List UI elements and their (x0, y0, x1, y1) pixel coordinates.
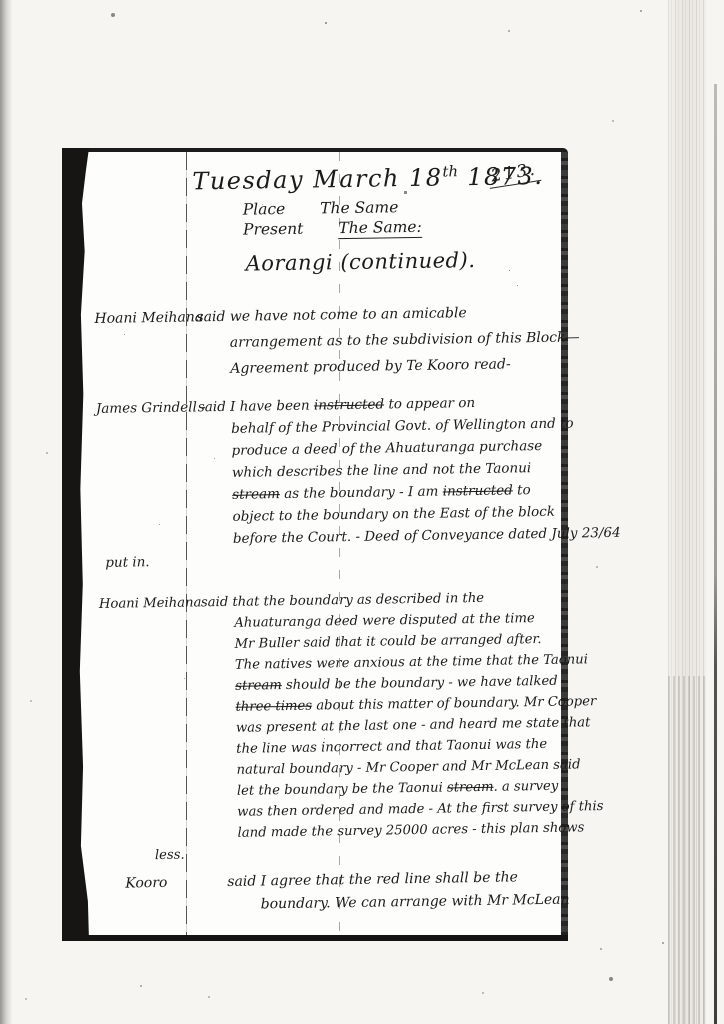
place-value: The Same (320, 198, 398, 217)
transcript-line: boundary. We can arrange with Mr McLean (228, 889, 570, 917)
heading-place-line: Place The Same (243, 196, 559, 219)
speech-lines: said I agree that the red line shall be … (227, 866, 570, 917)
case-title: Aorangi (continued). (245, 247, 559, 276)
speech-lines: said we have not come to an amicablearra… (196, 298, 580, 382)
scan-speckles (0, 0, 2, 2)
transcript-line: Agreement produced by Te Kooro read- (197, 350, 580, 382)
speech-lines: said I have been instructed to appear on… (198, 390, 621, 573)
transcript-entry: Hoani Meihana said that the boundary as … (99, 587, 569, 867)
transcript-entry: Kooro said I agree that the red line sha… (103, 866, 570, 919)
binding-strip (62, 148, 89, 941)
session-heading: Tuesday March 18th 1873. Place The Same … (92, 161, 560, 278)
transcript-entry: Hoani Meihana said we have not come to a… (94, 299, 561, 384)
speaker-name: Hoani Meihana (99, 592, 201, 615)
speech-lines: said that the boundary as described in t… (201, 586, 604, 865)
book-spine-line (714, 84, 717, 1024)
speaker-name: Hoani Meihana (94, 304, 196, 332)
transcript-entry: James Grindell - said I have been instru… (96, 391, 565, 574)
scanned-minute-book-page: 213. Tuesday March 18th 1873. Place The … (0, 0, 724, 1024)
transcript-entries: Hoani Meihana said we have not come to a… (94, 299, 570, 919)
present-value: The Same: (338, 218, 422, 239)
heading-present-line: Present The Same: (243, 216, 559, 239)
book-page-edge-band (668, 0, 706, 1024)
scanner-edge-shadow (0, 0, 14, 1024)
heading-date: Tuesday March 18th 1873. (192, 161, 558, 196)
ink-speckles (62, 152, 63, 153)
transcript-line: put in. (105, 544, 621, 574)
speaker-name: Kooro (103, 871, 227, 896)
handwritten-content: Tuesday March 18th 1873. Place The Same … (92, 155, 570, 919)
speaker-name: James Grindell - (96, 396, 198, 420)
manuscript-scan: 213. Tuesday March 18th 1873. Place The … (62, 148, 568, 941)
place-label: Place (243, 200, 286, 219)
present-label: Present (243, 220, 304, 239)
